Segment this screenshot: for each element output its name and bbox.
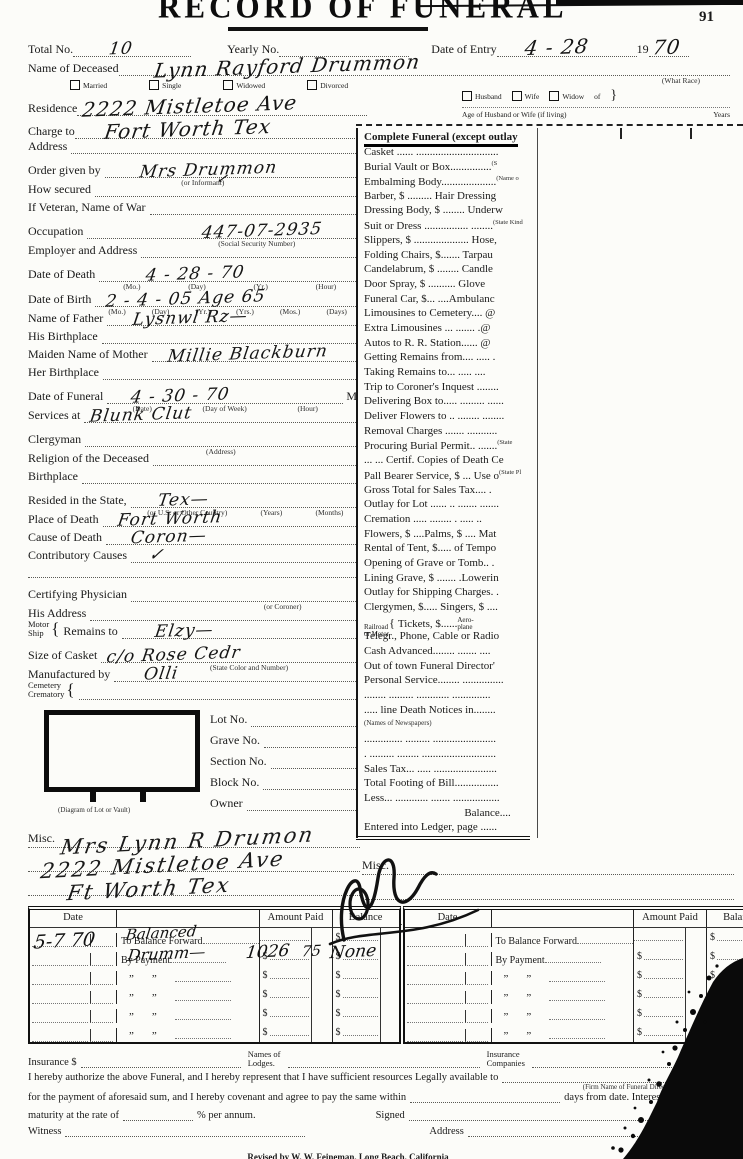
field-label: Clergyman (28, 432, 85, 447)
field-line: Fort Worth (103, 513, 360, 527)
ledger-row: ””$$ (30, 1004, 399, 1023)
charge-item: . ......... ........ ...................… (364, 748, 537, 763)
lot-diagram-box (44, 710, 200, 792)
charge-item: .............. ......... ...............… (364, 733, 537, 748)
charge-subnote: (Name o (496, 175, 519, 182)
brace-label: CemeteryCrematory{ (28, 680, 77, 700)
field-line: 4 - 28 - 70(Mo.)(Day)(Yr.)(Hour) (99, 268, 360, 282)
section-no-label: Section No. (210, 754, 271, 769)
field-label: Her Birthplace (28, 365, 103, 380)
field-label: Remains to (63, 624, 121, 639)
misc-label: Misc. (28, 831, 55, 846)
insurance-label: Insurance $ (28, 1057, 77, 1068)
address-label: Address (429, 1126, 463, 1137)
field-label: Resided in the State, (28, 493, 131, 508)
charge-item: Opening of Grave or Tomb.. . (364, 557, 537, 572)
charge-item: (Names of Newspapers) (364, 719, 537, 734)
date-of-entry-line: 4 - 28 (497, 42, 637, 57)
ledger-row: ””$$ (30, 966, 399, 985)
checkbox-husband: Husband (462, 91, 502, 101)
field-line (28, 564, 360, 578)
field-line: Elzy— (122, 625, 360, 639)
field-label: If Veteran, Name of War (28, 200, 150, 215)
field-label: Certifying Physician (28, 587, 131, 602)
wife-checkbox-icon (512, 91, 522, 101)
year-prefix: 19 (637, 42, 649, 57)
charge-item: Balance.... (364, 807, 537, 822)
widow-checkbox-icon (549, 91, 559, 101)
owner-label: Owner (210, 796, 247, 811)
field-row: How secured↙ (28, 179, 360, 197)
charge-item: Door Spray, $ .......... Glove (364, 278, 537, 293)
amount-cents-value: 75 (301, 942, 322, 961)
charge-item: Total Footing of Bill................ (364, 777, 537, 792)
field-label: Contributory Causes (28, 548, 131, 563)
charge-item: Taking Remains to... ..... .... (364, 366, 537, 381)
field-line (71, 140, 360, 154)
left-column: AddressOrder given byMrs Drummon(or Info… (28, 136, 360, 909)
charge-item: Sales Tax... ..... .....................… (364, 763, 537, 778)
date-header: Date (30, 910, 116, 927)
total-no-line: 10 (73, 42, 191, 57)
residence-label: Residence (28, 101, 77, 116)
name-line: Lynn Rayford Drummon (What Race) (119, 61, 730, 76)
charge-item: Telegr., Phone, Cable or Radio (364, 630, 537, 645)
field-line: Coron— (106, 531, 360, 545)
charge-item: Railroador Motor{ Tickets, $......Aero- … (364, 616, 537, 631)
field-row (28, 563, 360, 578)
row-residence: Residence 2222 Mistletoe Ave Husband Wif… (28, 92, 730, 116)
field-line (150, 201, 360, 215)
handwritten-arrow-icon: ↙ (216, 168, 231, 189)
field-line: Blunk Clut (84, 409, 360, 423)
field-row: Address (28, 136, 360, 154)
itemized-charges-list: Complete Funeral (except outlayCasket ..… (356, 128, 538, 838)
scan-bar-artifact (556, 0, 743, 5)
witness-label: Witness (28, 1126, 61, 1137)
charge-item: Deliver Flowers to .. ........ ........ (364, 410, 537, 425)
charge-item: Out of town Funeral Director' (364, 660, 537, 675)
charge-subnote: (S (492, 160, 498, 167)
charges-bottom-border (356, 836, 530, 840)
residence-line: 2222 Mistletoe Ave (77, 101, 367, 116)
field-row: Cause of DeathCoron— (28, 527, 360, 545)
checkbox-wife: Wife (512, 91, 540, 101)
field-row: Date of Death4 - 28 - 70(Mo.)(Day)(Yr.)(… (28, 258, 360, 282)
charge-item: Cremation ..... ........ . ..... .. (364, 513, 537, 528)
field-label: How secured (28, 182, 95, 197)
field-label: Place of Death (28, 512, 103, 527)
field-row: Employer and Address (28, 240, 360, 258)
field-row: Religion of the Deceased (28, 448, 360, 466)
field-line (90, 607, 360, 621)
field-line: 2 - 4 - 05 Age 65(Mo.)(Day)(Yr.)(Yrs.)(M… (95, 293, 360, 307)
name-label: Name of Deceased (28, 61, 119, 76)
field-label: Occupation (28, 224, 87, 239)
date-of-entry-value: 4 - 28 (523, 34, 590, 60)
field-label: Date of Death (28, 267, 99, 282)
field-row: Name of FatherLysnwl Rz— (28, 308, 360, 326)
field-row: Date of Birth2 - 4 - 05 Age 65(Mo.)(Day)… (28, 283, 360, 307)
by-payment-label: By Payment (496, 955, 545, 966)
lot-diagram-section: (Diagram of Lot or Vault) Lot No. Grave … (28, 704, 360, 818)
field-line: (or Coroner) (131, 588, 360, 602)
checkbox-widow: Widow (549, 91, 584, 101)
field-label: Birthplace (28, 469, 82, 484)
field-row: Date of Funeral4 - 30 - 70(Date)(Day of … (28, 380, 360, 404)
field-line: (Address) (85, 433, 360, 447)
balance-forward-label: To Balance Forward (496, 936, 578, 947)
field-row: Maiden Name of MotherMillie Blackburn (28, 344, 360, 362)
grave-no-label: Grave No. (210, 733, 264, 748)
charge-item: Outlay for Lot ...... .. ....... ....... (364, 498, 537, 513)
field-label: Religion of the Deceased (28, 451, 153, 466)
brace-label: MotorShip{ (28, 619, 61, 639)
charge-item: Casket ...... ..........................… (364, 146, 537, 161)
field-line: ✓ (131, 549, 360, 563)
charge-item: ..... line Death Notices in........ (364, 704, 537, 719)
of-label: of (594, 92, 600, 101)
charge-item: Trip to Coroner's Inquest ........ (364, 381, 537, 396)
field-label: Order given by (28, 163, 105, 178)
field-line (82, 470, 360, 484)
left-fields: AddressOrder given byMrs Drummon(or Info… (28, 136, 360, 700)
charge-item: Suit or Dress ................ ........(… (364, 219, 537, 234)
field-label: Name of Father (28, 311, 107, 326)
field-line: 447-07-2935(Social Security Number) (87, 225, 360, 239)
field-line (153, 452, 360, 466)
checkbox-married: Married (70, 80, 107, 90)
field-row: Clergyman(Address) (28, 423, 360, 447)
ledger-row: ””$$ (30, 985, 399, 1004)
field-line (141, 244, 360, 258)
field-label: His Birthplace (28, 329, 102, 344)
field-label: Address (28, 139, 71, 154)
lot-fields: Lot No. Grave No. Section No. Block No. … (210, 706, 360, 811)
spouse-block: Husband Wife Widow of } Age of Husband o… (462, 88, 730, 119)
balance-header: Balance (706, 910, 743, 927)
field-row: Certifying Physician(or Coroner) (28, 578, 360, 602)
field-line: Lysnwl Rz— (107, 312, 360, 326)
scan-blob-artifact (605, 952, 743, 1159)
year-value: 70 (651, 35, 682, 60)
companies-label: Insurance Companies (484, 1050, 528, 1068)
field-row: Resided in the State,Tex—(or U.S. or Oth… (28, 484, 360, 508)
field-row: Order given byMrs Drummon(or Informant) (28, 154, 360, 178)
signature-scrawl (326, 848, 486, 948)
charge-item: Barber, $ ......... Hair Dressing (364, 190, 537, 205)
field-row: Size of Casketc/o Rose Cedr(State Color … (28, 639, 360, 663)
charge-item: Folding Chairs, $....... Tarpau (364, 249, 537, 264)
field-line (79, 686, 360, 700)
charge-item: Embalming Body....................(Name … (364, 175, 537, 190)
page-title: RECORD OF FUNERAL (158, 0, 568, 26)
charge-item: Dressing Body, $ ........ Underw (364, 204, 537, 219)
lot-no-label: Lot No. (210, 712, 251, 727)
charge-item: Funeral Car, $... ....Ambulanc (364, 293, 537, 308)
charge-item: Flowers, $ ....Palms, $ .... Mat (364, 528, 537, 543)
charge-item: Removal Charges ....... ........... (364, 425, 537, 440)
date-of-entry-label: Date of Entry (431, 42, 496, 57)
brace-glyph: } (610, 88, 617, 104)
field-label: Services at (28, 408, 84, 423)
field-line: c/o Rose Cedr(State Color and Number) (101, 649, 360, 663)
charge-item: Candelabrum, $ ........ Candle (364, 263, 537, 278)
field-row: Her Birthplace (28, 362, 360, 380)
title-underline (228, 27, 428, 31)
field-line: 4 - 30 - 70(Date)(Day of Week)(Hour) (107, 390, 343, 404)
balanced-handwritten: Balanced (125, 922, 198, 944)
rule-tick (690, 128, 692, 139)
block-no-label: Block No. (210, 775, 263, 790)
field-row: Services atBlunk Clut (28, 405, 360, 423)
field-label: Size of Casket (28, 648, 101, 663)
charge-item: Pall Bearer Service, $ ... Use o(State P… (364, 469, 537, 484)
field-row: Occupation447-07-2935(Social Security Nu… (28, 215, 360, 239)
charge-subnote: (State (497, 439, 512, 446)
diagram-leg (90, 787, 96, 802)
checkbox-divorced: Divorced (307, 80, 348, 90)
age-spouse-note: Age of Husband or Wife (if living) (462, 110, 567, 119)
years-label: Years (713, 110, 730, 119)
misc-left: Misc. Mrs Lynn R Drumon 2222 Mistletoe A… (28, 824, 360, 909)
field-label: Date of Funeral (28, 389, 107, 404)
charge-item: Gross Total for Sales Tax.... . (364, 484, 537, 499)
charge-item: Outlay for Shipping Charges. . (364, 586, 537, 601)
charge-item: Rental of Tent, $..... of Tempo (364, 542, 537, 557)
field-label: Date of Birth (28, 292, 95, 307)
ledger-row: ””$$ (30, 1023, 399, 1042)
charge-item: Burial Vault or Box...............(S (364, 160, 537, 175)
amount-paid-value: 1026 (245, 941, 291, 963)
charge-item: Less... ............ ....... ...........… (364, 792, 537, 807)
field-row: His Address (28, 603, 360, 621)
charge-item: Lining Grave, $ ....... .Lowerin (364, 572, 537, 587)
row-name: Name of Deceased Lynn Rayford Drummon (W… (28, 61, 730, 76)
field-row: Manufactured byOlli (28, 664, 360, 682)
charge-item: Autos to R. R. Station...... @ (364, 337, 537, 352)
record-of-funeral-form: RECORD OF FUNERAL 91 Total No. 10 Yearly… (0, 0, 743, 1159)
charge-subnote: (State Kind (493, 219, 523, 226)
total-no-value: 10 (107, 39, 134, 60)
charge-item: Getting Remains from.... ..... . (364, 351, 537, 366)
charge-item: Procuring Burial Permit.. .......(State (364, 439, 537, 454)
rule-tick (620, 128, 622, 139)
charge-item: Delivering Box to..... ......... ...... (364, 395, 537, 410)
field-line: Mrs Drummon(or Informant) (105, 164, 360, 178)
charge-item: Entered into Ledger, page ...... (364, 821, 537, 836)
field-row: Place of DeathFort Worth (28, 509, 360, 527)
field-row: Birthplace (28, 466, 360, 484)
charge-item: Cash Advanced........ ....... .... (364, 645, 537, 660)
widowed-checkbox-icon (223, 80, 233, 90)
charge-item: ... ... Certif. Copies of Death Ce (364, 454, 537, 469)
married-checkbox-icon (70, 80, 80, 90)
charge-item: Slippers, $ .................... Hose, (364, 234, 537, 249)
lodges-label: Names of Lodges. (245, 1050, 284, 1068)
field-label: Employer and Address (28, 243, 141, 258)
divorced-checkbox-icon (307, 80, 317, 90)
field-row: MotorShip{Remains toElzy— (28, 621, 360, 639)
top-dashed-rule (356, 124, 743, 126)
field-line: ↙ (95, 183, 360, 197)
field-row: Contributory Causes✓ (28, 545, 360, 563)
checkbox-widowed: Widowed (223, 80, 265, 90)
amount-paid-header: Amount Paid (259, 910, 332, 927)
lot-diagram-caption: (Diagram of Lot or Vault) (58, 806, 130, 814)
field-row: If Veteran, Name of War (28, 197, 360, 215)
charge-item: ........ ......... ............ ........… (364, 689, 537, 704)
amount-paid-header: Amount Paid (633, 910, 706, 927)
signed-label: Signed (376, 1110, 405, 1121)
field-line: Millie Blackburn (152, 348, 360, 362)
total-no-label: Total No. (28, 42, 73, 57)
field-label: Maiden Name of Mother (28, 347, 152, 362)
field-line: Tex—(or U.S. or Other Country)(Years)(Mo… (131, 494, 360, 508)
charge-item: Personal Service........ ............... (364, 674, 537, 689)
payment-date-value: 5-7 70 (32, 928, 96, 953)
page-number: 91 (699, 9, 714, 26)
field-line: Olli (114, 668, 360, 682)
diagram-leg (140, 787, 146, 802)
year-line: 70 (649, 42, 689, 57)
form-footer: Revised by W. W. Feineman, Long Beach, C… (28, 1152, 668, 1159)
charge-item: Extra Limousines ... ....... .@ (364, 322, 537, 337)
husband-checkbox-icon (462, 91, 472, 101)
charge-item: Clergymen, $..... Singers, $ .... (364, 601, 537, 616)
field-row: CemeteryCrematory{ (28, 682, 360, 700)
charge-subnote: (State Pl (499, 469, 521, 476)
field-line (103, 366, 360, 380)
race-note: (What Race) (662, 76, 700, 85)
field-label: Cause of Death (28, 530, 106, 545)
charge-item: Limousines to Cemetery.... @ (364, 307, 537, 322)
charge-item: Complete Funeral (except outlay (364, 131, 537, 146)
